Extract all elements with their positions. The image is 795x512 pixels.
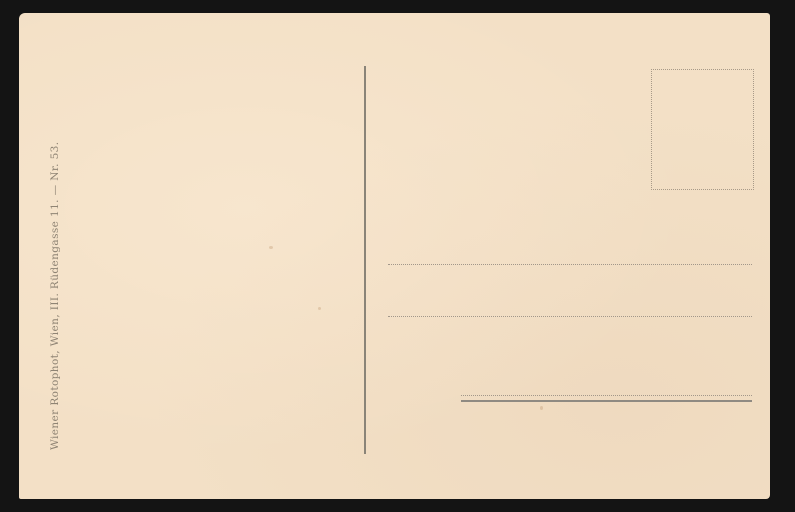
address-line-2 xyxy=(388,316,752,317)
paper-speck xyxy=(540,406,543,410)
paper-speck xyxy=(269,246,273,249)
stamp-box xyxy=(651,69,754,190)
publisher-imprint: Wiener Rotophot, Wien, III. Rüdengasse 1… xyxy=(49,142,61,451)
address-line-1 xyxy=(388,264,752,265)
paper-speck xyxy=(318,307,321,310)
address-line-3-underline xyxy=(461,400,752,402)
center-divider-line xyxy=(364,66,366,454)
address-line-3 xyxy=(461,395,752,396)
